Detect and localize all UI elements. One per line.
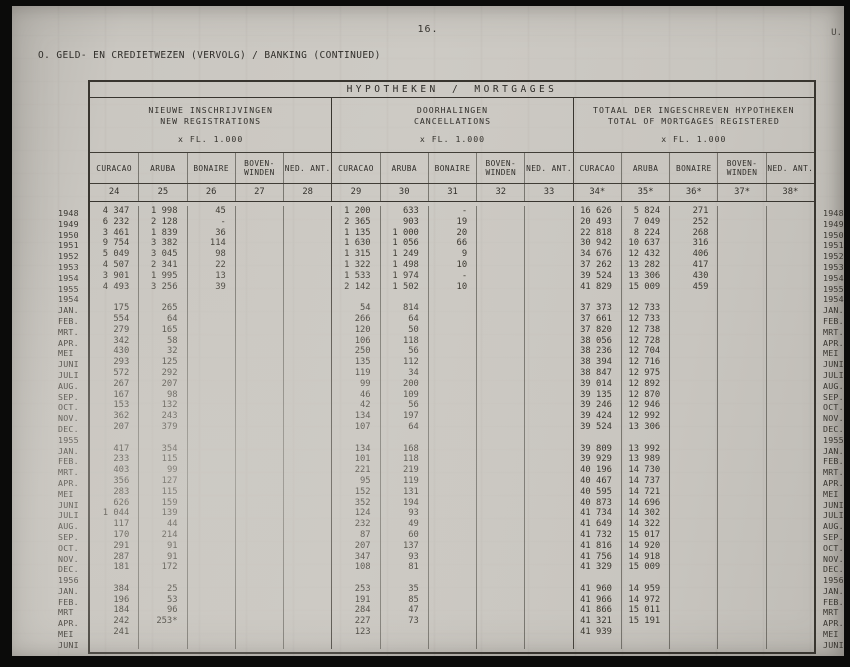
table-cell — [717, 368, 765, 379]
table-cell — [187, 303, 235, 314]
table-cell: 39 014 — [573, 379, 621, 390]
table-cell — [187, 444, 235, 455]
table-cell — [476, 584, 524, 595]
row-labels-left: 194819491950195119521953195419551954JAN.… — [56, 204, 88, 651]
table-cell — [524, 422, 572, 433]
table-cell: 123 — [331, 627, 379, 638]
table-cell — [524, 465, 572, 476]
table-cell — [524, 595, 572, 606]
row-label: MEI — [56, 348, 88, 359]
table-cell: 39 246 — [573, 400, 621, 411]
table-cell: 119 — [331, 368, 379, 379]
table-cell: 191 — [331, 595, 379, 606]
table-cell — [187, 422, 235, 433]
table-cell — [187, 400, 235, 411]
table-cell — [717, 595, 765, 606]
table-cell — [283, 454, 331, 465]
table-cell: 39 524 — [573, 271, 621, 282]
table-cell — [476, 336, 524, 347]
column-header: NED. ANT. — [283, 153, 331, 183]
table-cell — [717, 454, 765, 465]
table-cell — [235, 573, 283, 584]
table-cell: 16 626 — [573, 206, 621, 217]
table-cell — [717, 508, 765, 519]
table-cell — [428, 552, 476, 563]
table-cell: 181 — [90, 562, 138, 573]
table-cell — [428, 390, 476, 401]
group-header-new-registrations: NIEUWE INSCHRIJVINGEN NEW REGISTRATIONS … — [90, 98, 331, 152]
table-cell — [283, 271, 331, 282]
table-cell: 119 — [380, 476, 428, 487]
column-number: 35* — [621, 184, 669, 201]
table-cell: 40 196 — [573, 465, 621, 476]
row-label: MEI — [821, 629, 850, 640]
table-cell — [476, 260, 524, 271]
table-cell — [428, 325, 476, 336]
table-cell: 91 — [138, 552, 186, 563]
table-cell: 293 — [90, 357, 138, 368]
table-cell — [428, 498, 476, 509]
row-label: DEC. — [56, 424, 88, 435]
table-row: 9 7543 3821141 6301 0566630 94210 637316 — [90, 238, 814, 249]
column-number: 29 — [331, 184, 379, 201]
table-cell — [428, 379, 476, 390]
column-header: BONAIRE — [428, 153, 476, 183]
table-cell — [669, 552, 717, 563]
table-cell — [669, 292, 717, 303]
table-row: 4 3471 998451 200633-16 6265 824271 — [90, 206, 814, 217]
table-cell: 5 824 — [621, 206, 669, 217]
table-cell: 14 302 — [621, 508, 669, 519]
table-cell — [476, 573, 524, 584]
table-cell — [669, 476, 717, 487]
table-cell — [283, 411, 331, 422]
group-title-nl: DOORHALINGEN — [334, 105, 570, 116]
table-cell — [524, 552, 572, 563]
table-cell — [476, 562, 524, 573]
column-number: 28 — [283, 184, 331, 201]
table-cell: 3 045 — [138, 249, 186, 260]
table-cell — [524, 325, 572, 336]
row-label: SEP. — [56, 532, 88, 543]
column-number: 30 — [380, 184, 428, 201]
table-cell — [187, 336, 235, 347]
table-cell — [524, 238, 572, 249]
table-cell: 342 — [90, 336, 138, 347]
table-cell: 10 — [428, 260, 476, 271]
table-cell — [331, 292, 379, 303]
table-cell: 266 — [331, 314, 379, 325]
table-cell — [235, 282, 283, 293]
table-row: 6 2322 128-2 3659031920 4937 049252 — [90, 217, 814, 228]
table-row: 430322505638 23612 704 — [90, 346, 814, 357]
table-cell: 15 009 — [621, 282, 669, 293]
table-cell — [187, 519, 235, 530]
table-cell — [283, 346, 331, 357]
table-cell: 207 — [90, 422, 138, 433]
table-cell: 37 820 — [573, 325, 621, 336]
table-cell: 7 049 — [621, 217, 669, 228]
table-cell — [283, 422, 331, 433]
group-title-nl: NIEUWE INSCHRIJVINGEN — [92, 105, 329, 116]
row-label: 1948 — [821, 208, 850, 219]
table-cell — [524, 508, 572, 519]
table-cell: 13 989 — [621, 454, 669, 465]
table-cell — [428, 508, 476, 519]
table-cell: 12 733 — [621, 303, 669, 314]
table-cell — [766, 519, 814, 530]
table-cell: 153 — [90, 400, 138, 411]
table-cell — [717, 217, 765, 228]
table-cell — [766, 282, 814, 293]
row-label: JULI — [56, 370, 88, 381]
table-row: 2672079920039 01412 892 — [90, 379, 814, 390]
table-cell — [476, 454, 524, 465]
table-cell — [717, 282, 765, 293]
column-numbers-row: 2425262728293031323334*35*36*37*38* — [90, 184, 814, 202]
table-cell — [669, 336, 717, 347]
table-cell — [187, 562, 235, 573]
table-cell: 108 — [331, 562, 379, 573]
table-cell: 99 — [138, 465, 186, 476]
table-cell — [476, 325, 524, 336]
table-cell — [717, 433, 765, 444]
table-cell — [717, 292, 765, 303]
table-row — [90, 433, 814, 444]
table-cell — [283, 206, 331, 217]
table-cell — [669, 530, 717, 541]
table-cell: 93 — [380, 552, 428, 563]
table-cell — [669, 368, 717, 379]
table-cell — [380, 292, 428, 303]
row-label: JUNI — [56, 359, 88, 370]
table-cell: 14 730 — [621, 465, 669, 476]
table-cell — [476, 217, 524, 228]
table-cell — [187, 346, 235, 357]
table-cell — [524, 530, 572, 541]
table-cell — [766, 249, 814, 260]
row-label: APR. — [821, 618, 850, 629]
table-cell — [669, 595, 717, 606]
table-cell: 139 — [138, 508, 186, 519]
table-cell: 3 382 — [138, 238, 186, 249]
table-cell: 221 — [331, 465, 379, 476]
table-cell — [283, 400, 331, 411]
table-cell — [766, 325, 814, 336]
table-cell — [717, 562, 765, 573]
table-cell — [138, 627, 186, 638]
table-cell — [235, 562, 283, 573]
table-row: 1752655481437 37312 733 — [90, 303, 814, 314]
table-cell — [717, 249, 765, 260]
table-cell — [428, 627, 476, 638]
table-cell — [669, 584, 717, 595]
table-cell — [235, 228, 283, 239]
table-cell: 167 — [90, 390, 138, 401]
row-label: SEP. — [56, 392, 88, 403]
table-cell — [766, 562, 814, 573]
table-cell: 56 — [380, 400, 428, 411]
table-row: 2919120713741 81614 920 — [90, 541, 814, 552]
group-title-en: NEW REGISTRATIONS — [92, 116, 329, 127]
table-cell — [428, 638, 476, 649]
table-cell — [476, 595, 524, 606]
table-cell — [283, 541, 331, 552]
table-cell — [717, 605, 765, 616]
table-cell: 85 — [380, 595, 428, 606]
table-cell — [187, 433, 235, 444]
row-label: JULI — [821, 510, 850, 521]
table-cell — [766, 422, 814, 433]
row-label: JAN. — [821, 586, 850, 597]
row-label: AUG. — [56, 521, 88, 532]
column-number: 34* — [573, 184, 621, 201]
row-label: JAN. — [56, 305, 88, 316]
table-row: 167984610939 13512 870 — [90, 390, 814, 401]
table-cell — [766, 260, 814, 271]
row-label: 1955 — [56, 284, 88, 295]
table-row: 184962844741 86615 011 — [90, 605, 814, 616]
table-cell — [235, 530, 283, 541]
table-cell — [766, 616, 814, 627]
table-cell — [669, 573, 717, 584]
table-cell: 112 — [380, 357, 428, 368]
table-cell — [235, 595, 283, 606]
table-cell: 60 — [380, 530, 428, 541]
table-cell — [717, 260, 765, 271]
table-cell: 41 939 — [573, 627, 621, 638]
column-number: 38* — [766, 184, 814, 201]
table-cell — [235, 476, 283, 487]
table-cell — [766, 487, 814, 498]
table-cell: 39 809 — [573, 444, 621, 455]
table-cell: 58 — [138, 336, 186, 347]
table-cell — [717, 519, 765, 530]
table-cell — [766, 206, 814, 217]
table-cell: 200 — [380, 379, 428, 390]
table-cell: 3 256 — [138, 282, 186, 293]
table-cell: 115 — [138, 454, 186, 465]
table-cell — [380, 627, 428, 638]
row-label: MEI — [821, 348, 850, 359]
table-cell — [669, 357, 717, 368]
column-header: BONAIRE — [187, 153, 235, 183]
table-cell — [766, 228, 814, 239]
table-cell — [476, 271, 524, 282]
row-label: DEC. — [56, 564, 88, 575]
table-cell — [669, 444, 717, 455]
table-cell: 41 966 — [573, 595, 621, 606]
table-cell — [766, 238, 814, 249]
table-cell — [331, 573, 379, 584]
table-cell — [428, 605, 476, 616]
table-cell — [283, 519, 331, 530]
table-cell — [524, 454, 572, 465]
table-cell: 253* — [138, 616, 186, 627]
row-label: 1950 — [821, 230, 850, 241]
row-label: JUNI — [56, 640, 88, 651]
table-cell — [283, 314, 331, 325]
table-cell: 41 321 — [573, 616, 621, 627]
table-cell: 15 009 — [621, 562, 669, 573]
table-cell — [283, 530, 331, 541]
table-cell — [428, 336, 476, 347]
row-label: JAN. — [56, 446, 88, 457]
table-cell: 39 929 — [573, 454, 621, 465]
table-cell — [524, 433, 572, 444]
table-cell — [476, 400, 524, 411]
table-cell — [283, 379, 331, 390]
table-cell — [476, 422, 524, 433]
table-cell — [428, 292, 476, 303]
table-cell: 5 049 — [90, 249, 138, 260]
table-cell — [283, 595, 331, 606]
table-cell: 38 847 — [573, 368, 621, 379]
table-cell — [428, 465, 476, 476]
table-row: 1811721088141 32915 009 — [90, 562, 814, 573]
table-cell — [380, 638, 428, 649]
table-cell: 25 — [138, 584, 186, 595]
table-row: 23311510111839 92913 989 — [90, 454, 814, 465]
table-cell: 109 — [380, 390, 428, 401]
table-cell — [669, 454, 717, 465]
table-cell — [766, 638, 814, 649]
table-cell — [717, 271, 765, 282]
table-row — [90, 573, 814, 584]
table-cell — [669, 487, 717, 498]
row-label: 1954 — [821, 294, 850, 305]
table-cell: 170 — [90, 530, 138, 541]
table-cell: 39 424 — [573, 411, 621, 422]
table-cell: 135 — [331, 357, 379, 368]
table-cell — [524, 368, 572, 379]
table-cell — [235, 584, 283, 595]
group-title-en: CANCELLATIONS — [334, 116, 570, 127]
table-cell: 3 901 — [90, 271, 138, 282]
table-cell — [766, 357, 814, 368]
table-cell — [524, 444, 572, 455]
table-cell — [669, 465, 717, 476]
table-cell — [524, 498, 572, 509]
table-cell: 37 373 — [573, 303, 621, 314]
table-row: 3561279511940 46714 737 — [90, 476, 814, 487]
table-cell — [235, 249, 283, 260]
table-cell — [187, 530, 235, 541]
table-cell: 12 704 — [621, 346, 669, 357]
table-cell — [766, 454, 814, 465]
row-label: APR. — [821, 338, 850, 349]
table-cell — [524, 605, 572, 616]
table-cell: 99 — [331, 379, 379, 390]
table-cell: 117 — [90, 519, 138, 530]
table-cell — [235, 271, 283, 282]
table-cell — [524, 357, 572, 368]
table-cell — [283, 282, 331, 293]
table-cell: 379 — [138, 422, 186, 433]
table-cell — [428, 411, 476, 422]
table-cell: 37 262 — [573, 260, 621, 271]
table-cell — [380, 433, 428, 444]
table-cell: 214 — [138, 530, 186, 541]
row-label: JUNI — [821, 359, 850, 370]
column-number: 32 — [476, 184, 524, 201]
table-cell — [621, 627, 669, 638]
table-cell — [476, 357, 524, 368]
table-cell: 271 — [669, 206, 717, 217]
table-cell — [476, 206, 524, 217]
table-cell: 430 — [90, 346, 138, 357]
table-cell: 34 676 — [573, 249, 621, 260]
table-cell — [669, 303, 717, 314]
table-cell — [428, 487, 476, 498]
row-label: 1952 — [821, 251, 850, 262]
table-cell — [476, 541, 524, 552]
table-cell — [717, 530, 765, 541]
table-cell: 12 892 — [621, 379, 669, 390]
table-cell — [283, 303, 331, 314]
table-cell — [524, 282, 572, 293]
table-cell — [283, 487, 331, 498]
table-cell: 36 — [187, 228, 235, 239]
table-cell: 41 816 — [573, 541, 621, 552]
table-cell — [187, 584, 235, 595]
table-cell — [283, 508, 331, 519]
column-number: 24 — [90, 184, 138, 201]
table-cell: 40 873 — [573, 498, 621, 509]
table-row: 62615935219440 87314 696 — [90, 498, 814, 509]
table-cell — [90, 433, 138, 444]
table-cell — [573, 292, 621, 303]
table-cell — [717, 573, 765, 584]
table-cell — [428, 519, 476, 530]
table-cell — [717, 206, 765, 217]
table-cell: 292 — [138, 368, 186, 379]
table-cell: 1 249 — [380, 249, 428, 260]
table-cell — [235, 487, 283, 498]
table-body: 4 3471 998451 200633-16 6265 8242716 232… — [90, 202, 814, 652]
group-unit: x FL. 1.000 — [334, 134, 570, 144]
table-cell — [717, 411, 765, 422]
table-cell — [235, 454, 283, 465]
table-cell: 137 — [380, 541, 428, 552]
table-cell — [235, 552, 283, 563]
table-cell — [717, 465, 765, 476]
row-label: 1949 — [56, 219, 88, 230]
table-cell — [524, 249, 572, 260]
table-row: 5722921193438 84712 975 — [90, 368, 814, 379]
table-cell: 118 — [380, 336, 428, 347]
table-cell: 87 — [331, 530, 379, 541]
column-header: NED. ANT. — [766, 153, 814, 183]
table-cell: 13 306 — [621, 422, 669, 433]
table-cell — [621, 638, 669, 649]
column-number: 36* — [669, 184, 717, 201]
table-cell: 207 — [138, 379, 186, 390]
table-cell: 1 498 — [380, 260, 428, 271]
table-cell — [766, 476, 814, 487]
table-cell: 95 — [331, 476, 379, 487]
table-cell: 64 — [138, 314, 186, 325]
group-unit: x FL. 1.000 — [576, 134, 812, 144]
table-cell: 1 322 — [331, 260, 379, 271]
table-cell — [283, 292, 331, 303]
table-cell: 41 649 — [573, 519, 621, 530]
table-cell — [717, 238, 765, 249]
table-cell — [476, 411, 524, 422]
row-label: JUNI — [56, 500, 88, 511]
table-cell — [766, 595, 814, 606]
row-label: 1951 — [56, 240, 88, 251]
